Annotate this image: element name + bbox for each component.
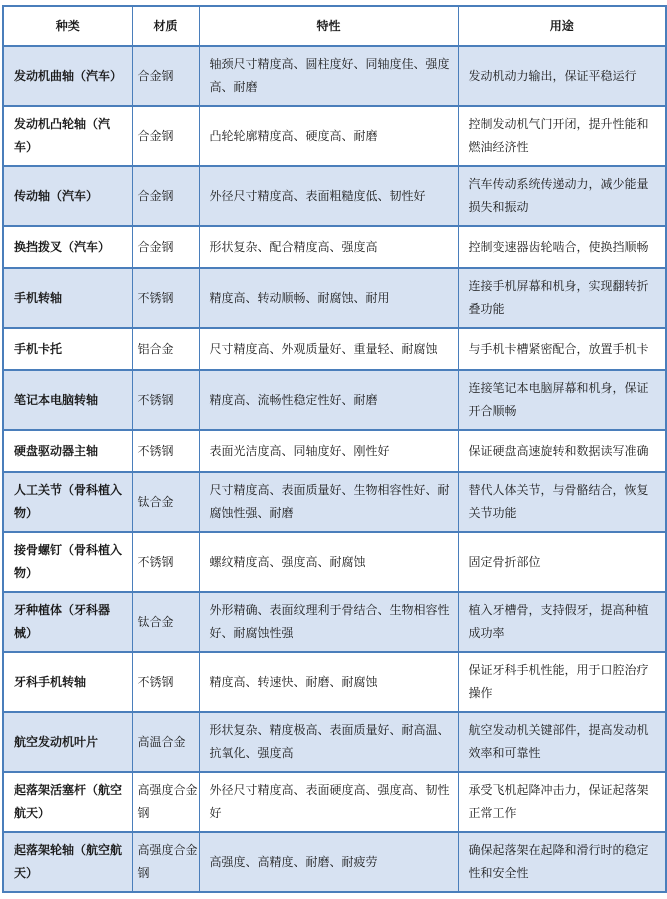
cell-material: 不锈钢 [132,652,199,712]
table-row: 发动机曲轴（汽车）合金钢轴颈尺寸精度高、圆柱度好、同轴度佳、强度高、耐磨发动机动… [3,46,666,106]
cell-material: 高强度合金钢 [132,832,199,892]
column-header-features: 特性 [199,6,458,46]
cell-uses: 保证硬盘高速旋转和数据读写准确 [458,430,666,472]
cell-type: 起落架活塞杆（航空航天） [3,772,132,832]
cell-uses: 承受飞机起降冲击力，保证起落架正常工作 [458,772,666,832]
column-header-uses: 用途 [458,6,666,46]
table-header-row: 种类材质特性用途 [3,6,666,46]
table-header: 种类材质特性用途 [3,6,666,46]
cell-material: 钛合金 [132,592,199,652]
cell-features: 尺寸精度高、表面质量好、生物相容性好、耐腐蚀性强、耐磨 [199,472,458,532]
column-header-type: 种类 [3,6,132,46]
table-row: 传动轴（汽车）合金钢外径尺寸精度高、表面粗糙度低、韧性好汽车传动系统传递动力，减… [3,166,666,226]
cell-type: 航空发动机叶片 [3,712,132,772]
cell-material: 合金钢 [132,106,199,166]
table-row: 起落架活塞杆（航空航天）高强度合金钢外径尺寸精度高、表面硬度高、强度高、韧性好承… [3,772,666,832]
cell-uses: 替代人体关节，与骨骼结合，恢复关节功能 [458,472,666,532]
cell-uses: 保证牙科手机性能，用于口腔治疗操作 [458,652,666,712]
cell-material: 高强度合金钢 [132,772,199,832]
cell-type: 牙科手机转轴 [3,652,132,712]
cell-type: 传动轴（汽车） [3,166,132,226]
cell-material: 不锈钢 [132,370,199,430]
cell-uses: 汽车传动系统传递动力，减少能量损失和振动 [458,166,666,226]
column-header-material: 材质 [132,6,199,46]
cell-uses: 与手机卡槽紧密配合，放置手机卡 [458,328,666,370]
cell-material: 不锈钢 [132,430,199,472]
cell-type: 手机卡托 [3,328,132,370]
table-row: 换挡拨叉（汽车）合金钢形状复杂、配合精度高、强度高控制变速器齿轮啮合，使换挡顺畅 [3,226,666,268]
cell-type: 发动机凸轮轴（汽车） [3,106,132,166]
cell-uses: 固定骨折部位 [458,532,666,592]
cell-features: 凸轮轮廓精度高、硬度高、耐磨 [199,106,458,166]
cell-type: 接骨螺钉（骨科植入物） [3,532,132,592]
cell-uses: 控制发动机气门开闭，提升性能和燃油经济性 [458,106,666,166]
cell-features: 轴颈尺寸精度高、圆柱度好、同轴度佳、强度高、耐磨 [199,46,458,106]
document-page: 种类材质特性用途 发动机曲轴（汽车）合金钢轴颈尺寸精度高、圆柱度好、同轴度佳、强… [0,0,667,899]
cell-features: 外形精确、表面纹理利于骨结合、生物相容性好、耐腐蚀性强 [199,592,458,652]
cell-material: 不锈钢 [132,268,199,328]
cell-uses: 连接手机屏幕和机身，实现翻转折叠功能 [458,268,666,328]
cell-type: 起落架轮轴（航空航天） [3,832,132,892]
cell-type: 笔记本电脑转轴 [3,370,132,430]
cell-uses: 控制变速器齿轮啮合，使换挡顺畅 [458,226,666,268]
cell-uses: 连接笔记本电脑屏幕和机身，保证开合顺畅 [458,370,666,430]
table-row: 手机卡托铝合金尺寸精度高、外观质量好、重量轻、耐腐蚀与手机卡槽紧密配合，放置手机… [3,328,666,370]
cell-material: 合金钢 [132,226,199,268]
cell-uses: 植入牙槽骨，支持假牙，提高种植成功率 [458,592,666,652]
cell-features: 精度高、流畅性稳定性好、耐磨 [199,370,458,430]
cell-features: 精度高、转动顺畅、耐腐蚀、耐用 [199,268,458,328]
cell-material: 高温合金 [132,712,199,772]
cell-type: 人工关节（骨科植入物） [3,472,132,532]
cell-features: 表面光洁度高、同轴度好、刚性好 [199,430,458,472]
table-row: 牙种植体（牙科器械）钛合金外形精确、表面纹理利于骨结合、生物相容性好、耐腐蚀性强… [3,592,666,652]
table-row: 硬盘驱动器主轴不锈钢表面光洁度高、同轴度好、刚性好保证硬盘高速旋转和数据读写准确 [3,430,666,472]
cell-material: 铝合金 [132,328,199,370]
table-row: 牙科手机转轴不锈钢精度高、转速快、耐磨、耐腐蚀保证牙科手机性能，用于口腔治疗操作 [3,652,666,712]
table-row: 手机转轴不锈钢精度高、转动顺畅、耐腐蚀、耐用连接手机屏幕和机身，实现翻转折叠功能 [3,268,666,328]
cell-features: 外径尺寸精度高、表面硬度高、强度高、韧性好 [199,772,458,832]
cell-features: 形状复杂、配合精度高、强度高 [199,226,458,268]
cell-uses: 确保起落架在起降和滑行时的稳定性和安全性 [458,832,666,892]
cell-type: 手机转轴 [3,268,132,328]
cell-features: 螺纹精度高、强度高、耐腐蚀 [199,532,458,592]
cell-features: 高强度、高精度、耐磨、耐疲劳 [199,832,458,892]
table-body: 发动机曲轴（汽车）合金钢轴颈尺寸精度高、圆柱度好、同轴度佳、强度高、耐磨发动机动… [3,46,666,892]
cell-features: 尺寸精度高、外观质量好、重量轻、耐腐蚀 [199,328,458,370]
cell-material: 钛合金 [132,472,199,532]
cell-type: 牙种植体（牙科器械） [3,592,132,652]
cell-features: 精度高、转速快、耐磨、耐腐蚀 [199,652,458,712]
cell-material: 不锈钢 [132,532,199,592]
table-row: 发动机凸轮轴（汽车）合金钢凸轮轮廓精度高、硬度高、耐磨控制发动机气门开闭，提升性… [3,106,666,166]
cell-features: 形状复杂、精度极高、表面质量好、耐高温、抗氧化、强度高 [199,712,458,772]
parts-table: 种类材质特性用途 发动机曲轴（汽车）合金钢轴颈尺寸精度高、圆柱度好、同轴度佳、强… [2,5,667,893]
cell-type: 发动机曲轴（汽车） [3,46,132,106]
cell-uses: 航空发动机关键部件，提高发动机效率和可靠性 [458,712,666,772]
cell-features: 外径尺寸精度高、表面粗糙度低、韧性好 [199,166,458,226]
cell-uses: 发动机动力输出，保证平稳运行 [458,46,666,106]
cell-material: 合金钢 [132,166,199,226]
table-row: 接骨螺钉（骨科植入物）不锈钢螺纹精度高、强度高、耐腐蚀固定骨折部位 [3,532,666,592]
table-row: 人工关节（骨科植入物）钛合金尺寸精度高、表面质量好、生物相容性好、耐腐蚀性强、耐… [3,472,666,532]
table-row: 笔记本电脑转轴不锈钢精度高、流畅性稳定性好、耐磨连接笔记本电脑屏幕和机身，保证开… [3,370,666,430]
cell-material: 合金钢 [132,46,199,106]
cell-type: 硬盘驱动器主轴 [3,430,132,472]
table-row: 起落架轮轴（航空航天）高强度合金钢高强度、高精度、耐磨、耐疲劳确保起落架在起降和… [3,832,666,892]
table-row: 航空发动机叶片高温合金形状复杂、精度极高、表面质量好、耐高温、抗氧化、强度高航空… [3,712,666,772]
cell-type: 换挡拨叉（汽车） [3,226,132,268]
